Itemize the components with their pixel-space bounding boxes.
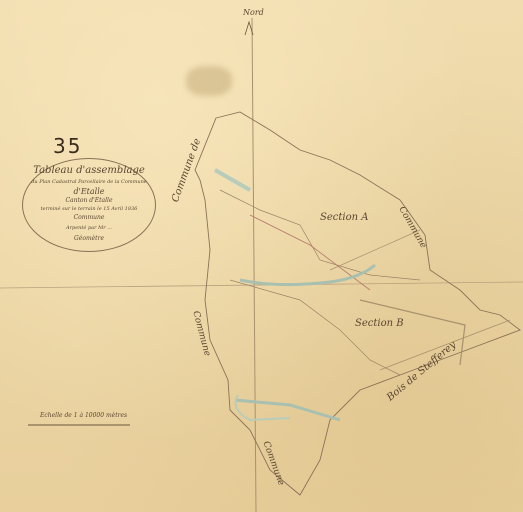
cartouche-title: Tableau d'assemblage — [23, 165, 155, 176]
cartouche-line: d'Etalle — [23, 187, 155, 196]
cadastral-map: Nord 35 Tableau d'assemblage du Plan Cad… — [0, 0, 523, 512]
north-label: Nord — [243, 8, 264, 17]
section-b-label: Section B — [355, 318, 404, 329]
sheet-number: 35 — [53, 134, 82, 158]
scale-label: Echelle de 1 à 10000 mètres — [40, 412, 127, 419]
cartouche-line: Arpenté par Mr ... — [23, 225, 155, 231]
cartouche-line: Canton d'Etalle — [23, 197, 155, 204]
cartouche-line: Géomètre — [23, 235, 155, 242]
cartouche-line: du Plan Cadastral Parcellaire de la Comm… — [23, 179, 155, 185]
section-a-label: Section A — [320, 212, 368, 223]
cartouche: Tableau d'assemblage du Plan Cadastral P… — [22, 158, 156, 252]
map-linework — [0, 0, 523, 512]
cartouche-line: terminé sur le terrain le 15 Avril 1836 — [23, 206, 155, 212]
cartouche-line: Commune — [23, 214, 155, 221]
